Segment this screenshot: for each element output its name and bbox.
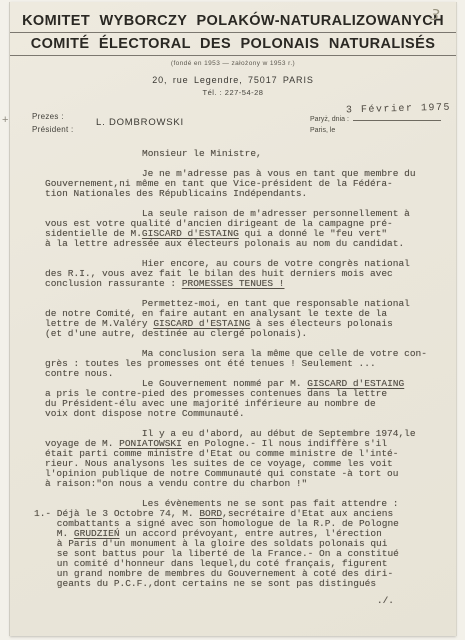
paragraph: 1.- Déjà le 3 Octobre 74, M. BORD,secrét… bbox=[34, 509, 440, 589]
letter-line: conclusion rassurante : PROMESSES TENUES… bbox=[45, 279, 440, 289]
salutation: Monsieur le Ministre, bbox=[45, 149, 440, 159]
founded-line: (fondé en 1953 — założony w 1953 r.) bbox=[10, 60, 456, 67]
paragraphs-container: Je ne m'adresse pas à vous en tant que m… bbox=[45, 169, 440, 589]
typed-date: 3 Février 1975 bbox=[346, 103, 451, 117]
date-underline bbox=[353, 120, 441, 121]
committee-name-french: COMITÉ ÉLECTORAL DES POLONAIS NATURALISÉ… bbox=[10, 36, 456, 53]
letter-body: Monsieur le Ministre, Je ne m'adresse pa… bbox=[10, 149, 456, 606]
paragraph: Il y a eu d'abord, au début de Septembre… bbox=[45, 429, 440, 489]
paragraph: Permettez-moi, en tant que responsable n… bbox=[45, 299, 440, 339]
phone-line: Tél. : 227-54-28 bbox=[10, 88, 456, 97]
date-label-french: Paris, le bbox=[310, 127, 441, 134]
paragraph: Hier encore, au cours de votre congrès n… bbox=[45, 259, 440, 289]
date-block: Paryż, dnia : Paris, le bbox=[310, 116, 441, 134]
letter-line: tion Nationales des Républicains Indépen… bbox=[45, 189, 440, 199]
letter-line: à raison:"on nous a vendu contre du char… bbox=[45, 479, 440, 489]
paragraph: Je ne m'adresse pas à vous en tant que m… bbox=[45, 169, 440, 199]
committee-name-polish: KOMITET WYBORCZY POLAKÓW-NATURALIZOWANYC… bbox=[10, 13, 456, 30]
prezes-label: Prezes : bbox=[32, 110, 74, 123]
letter-line: geants du P.C.F.,dont certains ne se son… bbox=[34, 579, 440, 589]
divider bbox=[10, 55, 456, 56]
address-line: 20, rue Legendre, 75017 PARIS bbox=[10, 75, 456, 85]
letter-line: (et d'une autre, destinée au clergé polo… bbox=[45, 329, 440, 339]
letter-line: à la lettre adressée aux électeurs polon… bbox=[45, 239, 440, 249]
paragraph: Le Gouvernement nommé par M. GISCARD d'E… bbox=[45, 379, 440, 419]
paragraph: La seule raison de m'adresser personnell… bbox=[45, 209, 440, 249]
letterhead: KOMITET WYBORCZY POLAKÓW-NATURALIZOWANYC… bbox=[10, 2, 456, 97]
scanned-letter-page: 3 KOMITET WYBORCZY POLAKÓW-NATURALIZOWAN… bbox=[10, 2, 456, 636]
continuation-mark: ./. bbox=[45, 596, 440, 606]
underlined-text: PROMESSES TENUES ! bbox=[182, 278, 285, 289]
officer-block: Prezes : Président : L. DOMBROWSKI bbox=[32, 110, 74, 136]
letter-line: voix dont dispose notre Communauté. bbox=[45, 409, 440, 419]
pencil-plus-mark: + bbox=[2, 114, 8, 126]
president-label: Président : bbox=[32, 123, 74, 136]
president-name: L. DOMBROWSKI bbox=[96, 117, 184, 128]
paragraph: Ma conclusion sera la même que celle de … bbox=[45, 349, 440, 379]
divider bbox=[10, 32, 456, 33]
date-label-polish: Paryż, dnia : bbox=[310, 116, 349, 123]
